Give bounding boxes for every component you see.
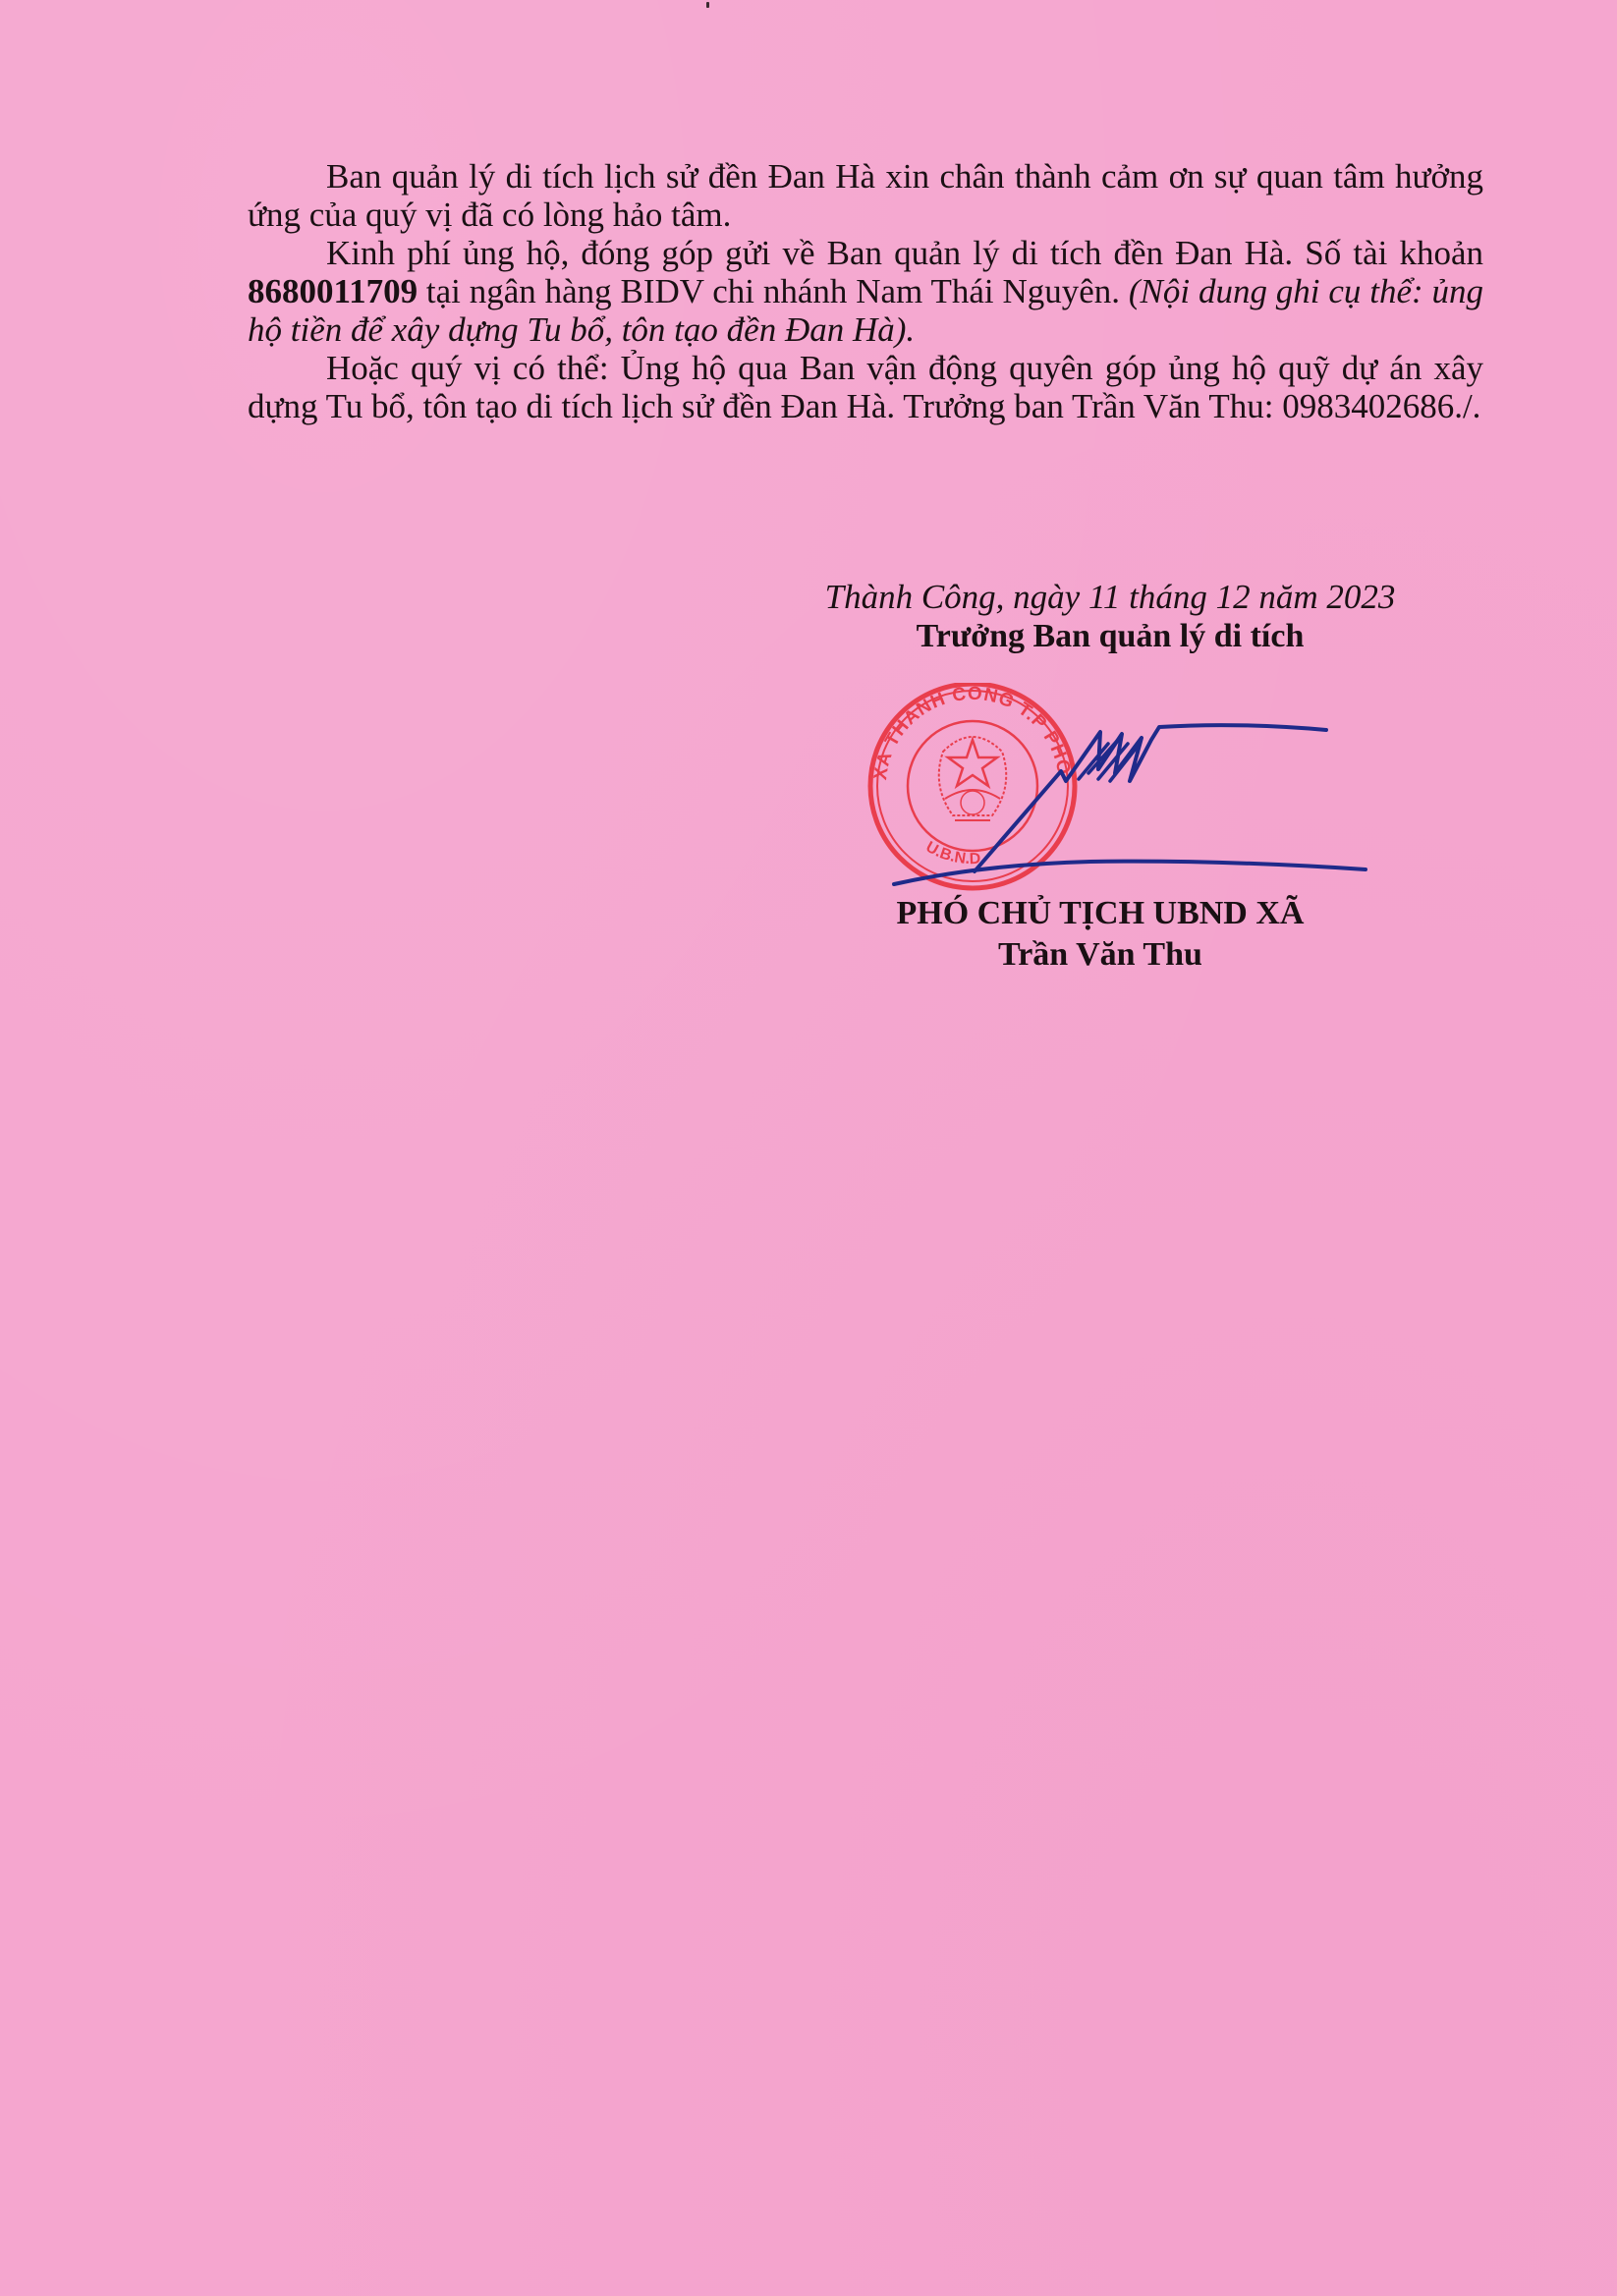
account-number: 8680011709	[248, 272, 418, 310]
stamp-and-signature: XÃ THÀNH CÔNG T.P PHỔ YÊN THÁI NGUYÊN U.…	[864, 683, 1454, 919]
alternative-donation-text: Hoặc quý vị có thể: Ủng hộ qua Ban vận đ…	[248, 349, 1483, 425]
signer-title: Trưởng Ban quản lý di tích	[766, 617, 1454, 656]
signer-role: PHÓ CHỦ TỊCH UBND XÃ	[747, 894, 1454, 933]
bank-branch-text: tại ngân hàng BIDV chi nhánh Nam Thái Ng…	[418, 272, 1129, 310]
scan-speck	[706, 2, 709, 8]
paragraph-alternative: Hoặc quý vị có thể: Ủng hộ qua Ban vận đ…	[248, 349, 1483, 425]
signature-header: Thành Công, ngày 11 tháng 12 năm 2023 Tr…	[747, 578, 1454, 656]
paragraph-bank-account: Kinh phí ủng hộ, đóng góp gửi về Ban quả…	[248, 234, 1483, 349]
paragraph-thanks: Ban quản lý di tích lịch sử đền Đan Hà x…	[248, 157, 1483, 234]
place-date: Thành Công, ngày 11 tháng 12 năm 2023	[766, 578, 1454, 617]
thanks-text: Ban quản lý di tích lịch sử đền Đan Hà x…	[248, 157, 1483, 234]
stamp-bottom-text: U.B.N.D	[922, 839, 980, 868]
svg-text:XÃ THÀNH CÔNG T.P PHỔ YÊN THÁI: XÃ THÀNH CÔNG T.P PHỔ YÊN THÁI NGUYÊN	[864, 683, 1075, 782]
official-stamp: XÃ THÀNH CÔNG T.P PHỔ YÊN THÁI NGUYÊN U.…	[864, 683, 1075, 888]
signer-name: Trần Văn Thu	[747, 935, 1454, 975]
star-emblem-icon	[939, 737, 1006, 820]
stamp-outer-text: XÃ THÀNH CÔNG T.P PHỔ YÊN THÁI NGUYÊN	[864, 683, 1075, 782]
svg-text:U.B.N.D: U.B.N.D	[922, 839, 980, 868]
donation-lead-text: Kinh phí ủng hộ, đóng góp gửi về Ban quả…	[326, 234, 1483, 272]
letter-body: Ban quản lý di tích lịch sử đền Đan Hà x…	[248, 157, 1483, 425]
